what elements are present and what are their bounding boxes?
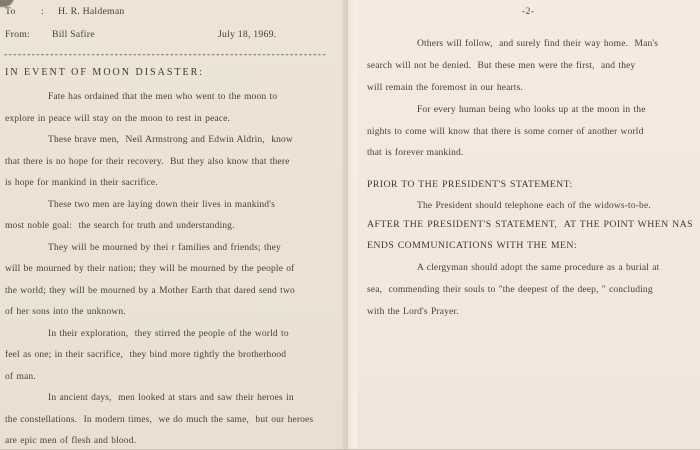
page-number: -2- xyxy=(522,7,535,17)
text-line: They will be mourned by thei r families … xyxy=(5,238,341,260)
text-line: AFTER THE PRESIDENT'S STATEMENT, AT THE … xyxy=(367,219,699,232)
page2-body: Others will follow, and surely find thei… xyxy=(367,34,699,324)
text-line: that is forever mankind. xyxy=(367,143,699,165)
from-label: From: xyxy=(5,29,30,40)
text-line: search will not be denied. But these men… xyxy=(367,56,699,78)
text-line: PRIOR TO THE PRESIDENT'S STATEMENT: xyxy=(367,174,699,196)
page-2: -2- Others will follow, and surely find … xyxy=(357,0,700,450)
to-label: To xyxy=(5,6,16,17)
to-row: To : H. R. Haldeman xyxy=(0,6,342,29)
text-line: that there is no hope for their recovery… xyxy=(5,152,341,174)
from-value: Bill Safire xyxy=(52,29,95,40)
text-line: most noble goal: the search for truth an… xyxy=(5,216,341,238)
dashed-rule: ----------------------------------------… xyxy=(4,49,340,61)
text-line: These brave men, Neil Armstrong and Edwi… xyxy=(5,130,341,152)
text-line: Others will follow, and surely find thei… xyxy=(367,34,699,56)
text-line: the constellations. In modern times, we … xyxy=(5,410,341,432)
text-line: will be mourned by their nation; they wi… xyxy=(5,259,341,281)
text-line: the world; they will be mourned by a Mot… xyxy=(5,281,341,303)
text-line: ENDS COMMUNICATIONS WITH THE MEN: xyxy=(367,240,699,253)
text-line: with the Lord's Prayer. xyxy=(367,302,699,324)
text-line: Fate has ordained that the men who went … xyxy=(5,87,341,109)
page2-left-edge xyxy=(348,0,357,450)
text-line: For every human being who looks up at th… xyxy=(367,100,699,122)
text-line: will remain the foremost in our hearts. xyxy=(367,78,699,100)
memo-header: To : H. R. Haldeman From: Bill Safire Ju… xyxy=(0,6,342,52)
text-line: sea, commending their souls to "the deep… xyxy=(367,280,699,302)
section-heading: IN EVENT OF MOON DISASTER: xyxy=(5,66,204,80)
page-1: To : H. R. Haldeman From: Bill Safire Ju… xyxy=(0,0,342,450)
memo-scan: To : H. R. Haldeman From: Bill Safire Ju… xyxy=(0,0,700,450)
memo-date: July 18, 1969. xyxy=(218,29,276,40)
page1-body: Fate has ordained that the men who went … xyxy=(5,87,341,450)
text-line: explore in peace will stay on the moon t… xyxy=(5,109,341,131)
text-line: of man. xyxy=(5,367,341,389)
text-line: feel as one; in their sacrifice, they bi… xyxy=(5,345,341,367)
text-line: A clergyman should adopt the same proced… xyxy=(367,258,699,280)
to-colon: : xyxy=(41,6,44,17)
text-line: The President should telephone each of t… xyxy=(367,196,699,218)
text-line: is hope for mankind in their sacrifice. xyxy=(5,173,341,195)
to-value: H. R. Haldeman xyxy=(58,6,124,17)
text-line: nights to come will know that there is s… xyxy=(367,122,699,144)
text-line: In ancient days, men looked at stars and… xyxy=(5,388,341,410)
text-line: In their exploration, they stirred the p… xyxy=(5,324,341,346)
text-line: These two men are laying down their live… xyxy=(5,195,341,217)
text-line: of her sons into the unknown. xyxy=(5,302,341,324)
text-line: are epic men of flesh and blood. xyxy=(5,431,341,450)
